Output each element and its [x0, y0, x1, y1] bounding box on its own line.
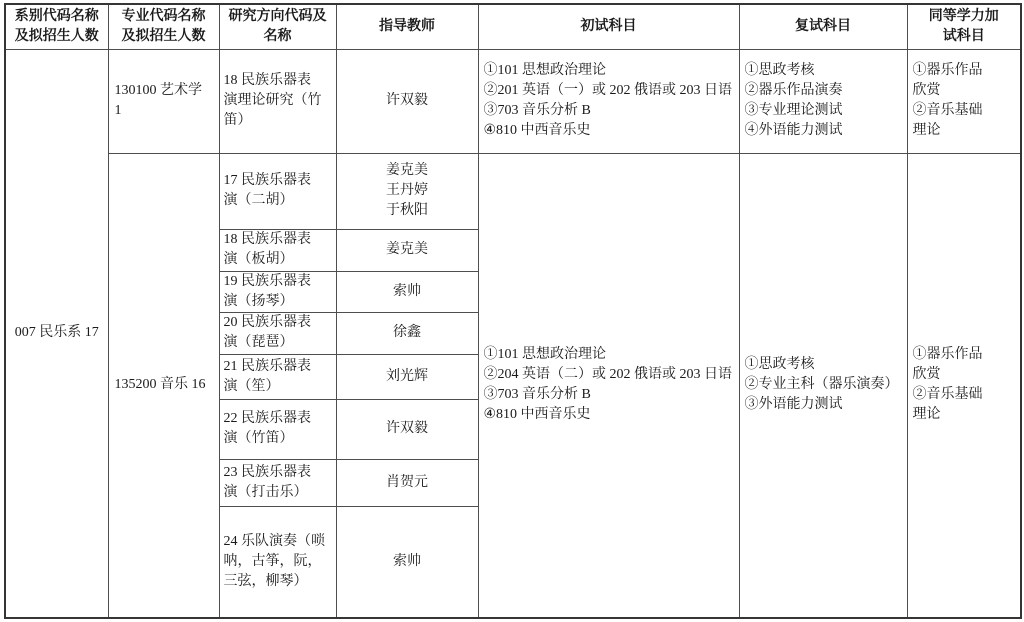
advisor-cell: 索帅 [336, 271, 478, 312]
advisor-cell: 许双毅 [336, 49, 478, 153]
header-advisor: 指导教师 [336, 4, 478, 49]
advisor-cell: 刘光辉 [336, 354, 478, 399]
direction-cell: 21 民族乐器表 演（笙） [219, 354, 336, 399]
advisor-cell: 索帅 [336, 506, 478, 618]
direction-cell: 22 民族乐器表 演（竹笛） [219, 399, 336, 459]
department-cell: 007 民乐系 17 [5, 49, 108, 618]
advisor-cell: 肖贺元 [336, 459, 478, 506]
direction-cell: 24 乐队演奏（唢 呐，古筝，阮， 三弦，柳琴） [219, 506, 336, 618]
table-row: 135200 音乐 16 17 民族乐器表 演（二胡） 姜克美 王丹婷 于秋阳 … [5, 153, 1021, 229]
header-direction: 研究方向代码及 名称 [219, 4, 336, 49]
direction-cell: 20 民族乐器表 演（琵琶） [219, 312, 336, 354]
advisor-cell: 徐鑫 [336, 312, 478, 354]
retest-cell: ①思政考核 ②器乐作品演奏 ③专业理论测试 ④外语能力测试 [739, 49, 907, 153]
direction-cell: 23 民族乐器表 演（打击乐） [219, 459, 336, 506]
header-row: 系别代码名称 及拟招生人数 专业代码名称 及拟招生人数 研究方向代码及 名称 指… [5, 4, 1021, 49]
header-department: 系别代码名称 及拟招生人数 [5, 4, 108, 49]
major-cell: 135200 音乐 16 [108, 153, 219, 618]
initial-exam-cell: ①101 思想政治理论 ②201 英语（一）或 202 俄语或 203 日语 ③… [478, 49, 739, 153]
direction-cell: 18 民族乐器表 演理论研究（竹 笛） [219, 49, 336, 153]
advisor-cell: 姜克美 王丹婷 于秋阳 [336, 153, 478, 229]
initial-exam-cell: ①101 思想政治理论 ②204 英语（二）或 202 俄语或 203 日语 ③… [478, 153, 739, 618]
advisor-cell: 许双毅 [336, 399, 478, 459]
header-major: 专业代码名称 及拟招生人数 [108, 4, 219, 49]
direction-cell: 18 民族乐器表 演（板胡） [219, 229, 336, 271]
header-initial-exam: 初试科目 [478, 4, 739, 49]
direction-cell: 19 民族乐器表 演（扬琴） [219, 271, 336, 312]
retest-cell: ①思政考核 ②专业主科（器乐演奏） ③外语能力测试 [739, 153, 907, 618]
additional-exam-cell: ①器乐作品 欣赏 ②音乐基础 理论 [907, 49, 1021, 153]
major-cell: 130100 艺术学 1 [108, 49, 219, 153]
header-additional-exam: 同等学力加 试科目 [907, 4, 1021, 49]
direction-cell: 17 民族乐器表 演（二胡） [219, 153, 336, 229]
document-page: 系别代码名称 及拟招生人数 专业代码名称 及拟招生人数 研究方向代码及 名称 指… [0, 0, 1024, 622]
additional-exam-cell: ①器乐作品 欣赏 ②音乐基础 理论 [907, 153, 1021, 618]
advisor-cell: 姜克美 [336, 229, 478, 271]
table-row: 007 民乐系 17 130100 艺术学 1 18 民族乐器表 演理论研究（竹… [5, 49, 1021, 153]
header-retest: 复试科目 [739, 4, 907, 49]
admissions-table: 系别代码名称 及拟招生人数 专业代码名称 及拟招生人数 研究方向代码及 名称 指… [4, 3, 1022, 619]
